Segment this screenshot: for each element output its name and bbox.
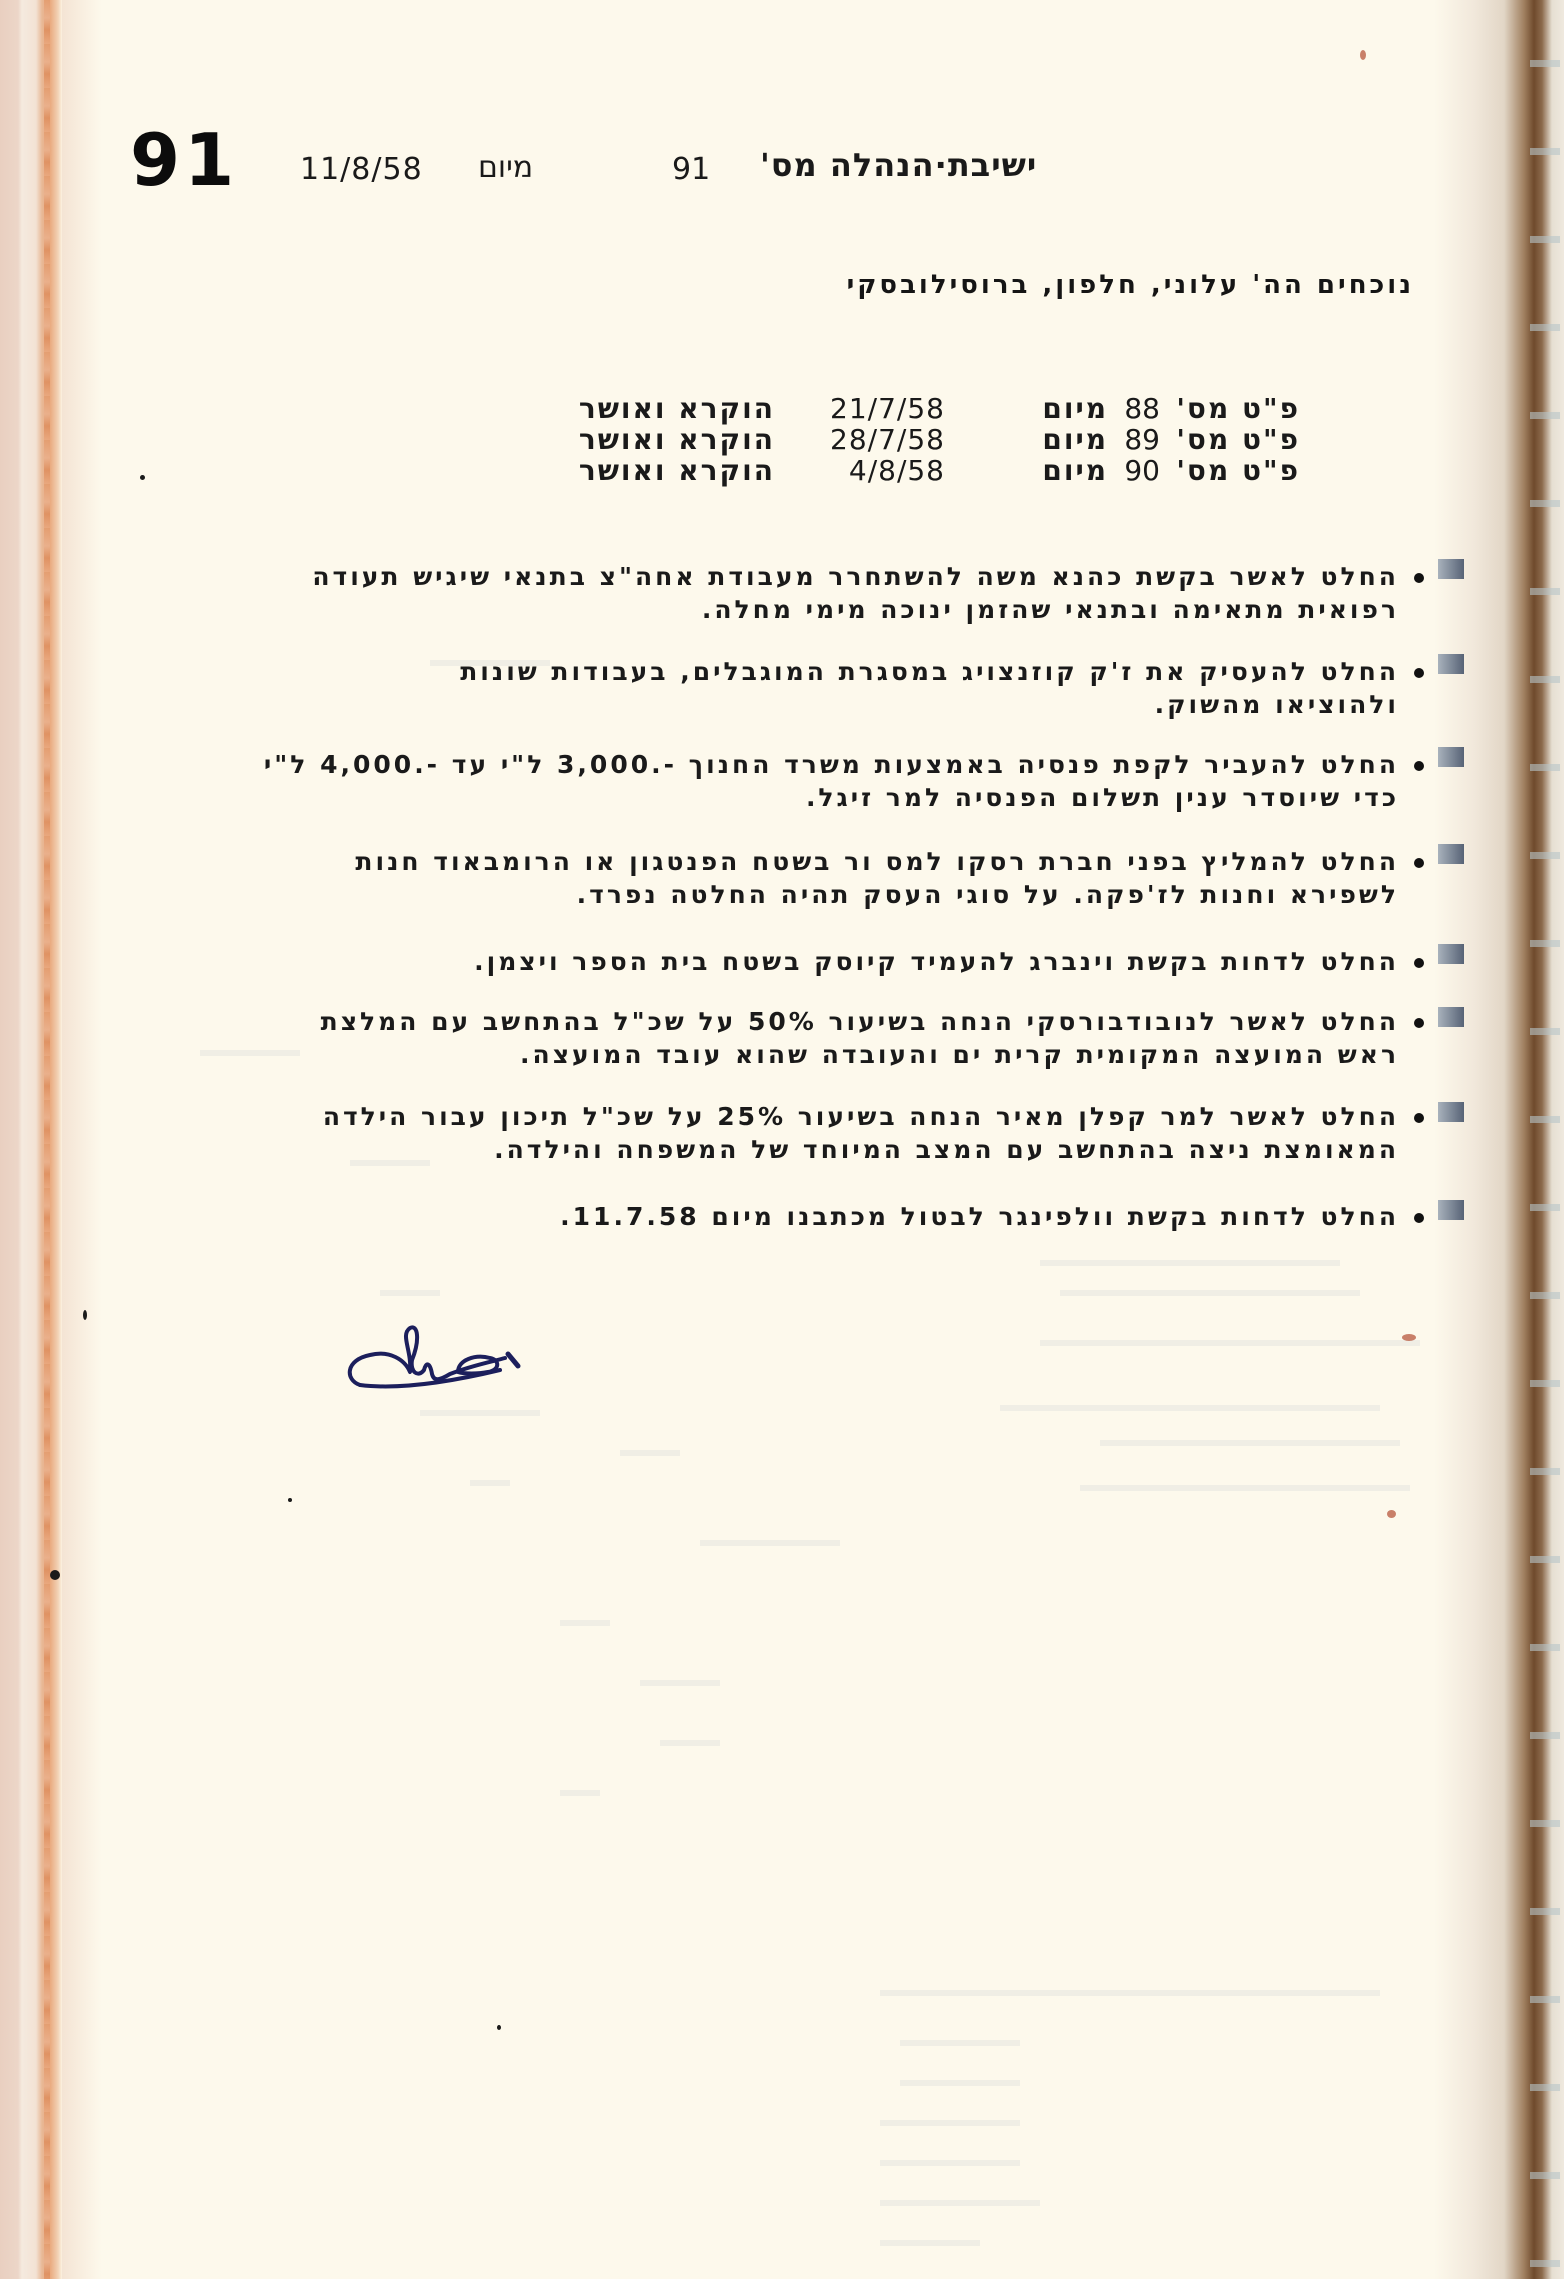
facing-page-text	[1530, 1292, 1560, 1299]
paper-stain	[1387, 1510, 1396, 1518]
bullet-icon	[1414, 573, 1424, 583]
bullet-icon	[1414, 1213, 1424, 1223]
margin-mark	[1438, 1102, 1464, 1122]
decision-text-line: החלט להעביר לקפת פנסיה באמצעות משרד החנו…	[264, 748, 1399, 781]
facing-page-text	[1530, 764, 1560, 771]
minutes-from-label: מיום	[1042, 392, 1108, 425]
show-through-line	[900, 2080, 1020, 2086]
decision-item: החלט להעביר לקפת פנסיה באמצעות משרד החנו…	[264, 748, 1399, 814]
bullet-icon	[1414, 958, 1424, 968]
decision-text-line: המאומצת ניצה בהתחשב עם המצב המיוחד של המ…	[323, 1133, 1399, 1166]
decision-text-line: החלט לאשר למר קפלן מאיר הנחה בשיעור 25% …	[323, 1100, 1399, 1133]
decision-item: החלט לדחות בקשת וולפינגר לבטול מכתבנו מי…	[560, 1200, 1399, 1233]
facing-page-text	[1530, 1380, 1560, 1387]
meeting-from-label: מיום	[478, 150, 533, 185]
margin-mark	[1438, 559, 1464, 579]
show-through-line	[1080, 1485, 1410, 1491]
show-through-line	[560, 1620, 610, 1626]
minutes-number: 90	[1124, 454, 1160, 487]
show-through-line	[1000, 1405, 1380, 1411]
minutes-date: 28/7/58	[830, 423, 945, 456]
facing-page-text	[1530, 60, 1560, 67]
minutes-number: 89	[1124, 423, 1160, 456]
show-through-line	[900, 2040, 1020, 2046]
margin-mark	[1438, 844, 1464, 864]
minutes-row: פ"ט מס' 90 מיום 4/8/58 הוקרא ואושר	[540, 454, 1300, 485]
minutes-status: הוקרא ואושר	[579, 454, 775, 487]
facing-page-text	[1530, 412, 1560, 419]
show-through-line	[470, 1480, 510, 1486]
minutes-row: פ"ט מס' 89 מיום 28/7/58 הוקרא ואושר	[540, 423, 1300, 454]
facing-page-text	[1530, 1556, 1560, 1563]
facing-page-text	[1530, 1468, 1560, 1475]
minutes-from-label: מיום	[1042, 454, 1108, 487]
show-through-line	[880, 2240, 980, 2246]
facing-page-text	[1530, 236, 1560, 243]
margin-mark	[1438, 654, 1464, 674]
decision-text-line: לשפירא וחנות לז'פקה. על סוגי העסק תהיה ה…	[355, 878, 1399, 911]
minutes-label: פ"ט מס'	[1176, 392, 1300, 425]
facing-page-text	[1530, 2260, 1560, 2267]
meeting-number: 91	[672, 152, 710, 187]
facing-page-text	[1530, 588, 1560, 595]
minutes-status: הוקרא ואושר	[579, 423, 775, 456]
decision-item: החלט לאשר למר קפלן מאיר הנחה בשיעור 25% …	[323, 1100, 1399, 1166]
facing-page-text	[1530, 1116, 1560, 1123]
ink-speck	[140, 475, 145, 480]
previous-minutes-list: פ"ט מס' 88 מיום 21/7/58 הוקרא ואושר פ"ט …	[540, 392, 1300, 485]
facing-page-text	[1530, 1028, 1560, 1035]
show-through-line	[200, 1050, 300, 1056]
facing-page-text	[1530, 1996, 1560, 2003]
decision-text-line: החלט לאשר לנובודבורסקי הנחה בשיעור 50% ע…	[321, 1005, 1399, 1038]
margin-mark	[1438, 747, 1464, 767]
decision-text-line: רפואית מתאימה ובתנאי שהזמן ינוכה מימי מח…	[312, 593, 1399, 626]
facing-page-text	[1530, 1732, 1560, 1739]
decision-item: החלט להמליץ בפני חברת רסקו למס ור בשטח ה…	[355, 845, 1399, 911]
facing-page-text	[1530, 148, 1560, 155]
show-through-line	[880, 2120, 1020, 2126]
bullet-icon	[1414, 1113, 1424, 1123]
facing-page-text	[1530, 324, 1560, 331]
minutes-status: הוקרא ואושר	[579, 392, 775, 425]
facing-page-text	[1530, 2084, 1560, 2091]
show-through-line	[560, 1790, 600, 1796]
margin-mark	[1438, 1200, 1464, 1220]
margin-mark	[1438, 1007, 1464, 1027]
minutes-label: פ"ט מס'	[1176, 454, 1300, 487]
bullet-icon	[1414, 668, 1424, 678]
decision-item: החלט לאשר לנובודבורסקי הנחה בשיעור 50% ע…	[321, 1005, 1399, 1071]
decision-item: החלט להעסיק את ז'ק קוזנצויג במסגרת המוגב…	[460, 655, 1399, 721]
decision-text-line: החלט להעסיק את ז'ק קוזנצויג במסגרת המוגב…	[460, 655, 1399, 688]
decision-item: החלט לדחות בקשת וינברג להעמיד קיוסק בשטח…	[474, 945, 1399, 978]
show-through-line	[1040, 1260, 1340, 1266]
attendees-line: נוכחים הה' עלוני, חלפון, ברוסילובסקי	[847, 270, 1414, 300]
show-through-line	[640, 1680, 720, 1686]
decision-text-line: החלט לדחות בקשת וולפינגר לבטול מכתבנו מי…	[560, 1200, 1399, 1233]
handwritten-page-number: 91	[130, 118, 238, 202]
minutes-from-label: מיום	[1042, 423, 1108, 456]
ink-speck	[288, 1498, 292, 1502]
facing-page-text	[1530, 676, 1560, 683]
meeting-title: ישיבת·הנהלה מס'	[760, 146, 1037, 184]
decision-item: החלט לאשר בקשת כהנא משה להשתחרר מעבודת א…	[312, 560, 1399, 626]
paper-stain	[1360, 50, 1366, 60]
facing-page-text	[1530, 1820, 1560, 1827]
show-through-line	[880, 2160, 1020, 2166]
minutes-date: 21/7/58	[830, 392, 945, 425]
decision-text-line: ראש המועצה המקומית קרית ים והעובדה שהוא …	[321, 1038, 1399, 1071]
signature	[340, 1290, 540, 1400]
show-through-line	[700, 1540, 840, 1546]
bullet-icon	[1414, 761, 1424, 771]
facing-page-text	[1530, 1908, 1560, 1915]
decision-text-line: החלט לאשר בקשת כהנא משה להשתחרר מעבודת א…	[312, 560, 1399, 593]
ink-speck	[83, 1310, 87, 1320]
facing-page-text	[1530, 500, 1560, 507]
bullet-icon	[1414, 858, 1424, 868]
show-through-line	[880, 1990, 1380, 1996]
bullet-icon	[1414, 1018, 1424, 1028]
show-through-line	[880, 2200, 1040, 2206]
decision-text-line: ולהוציאו מהשוק.	[460, 688, 1399, 721]
minutes-row: פ"ט מס' 88 מיום 21/7/58 הוקרא ואושר	[540, 392, 1300, 423]
meeting-date: 11/8/58	[300, 152, 423, 187]
show-through-line	[1060, 1290, 1360, 1296]
show-through-line	[620, 1450, 680, 1456]
minutes-label: פ"ט מס'	[1176, 423, 1300, 456]
decision-text-line: החלט לדחות בקשת וינברג להעמיד קיוסק בשטח…	[474, 945, 1399, 978]
show-through-line	[1040, 1340, 1420, 1346]
facing-page-text	[1530, 1644, 1560, 1651]
decision-text-line: כדי שיוסדר ענין תשלום הפנסיה למר זיגל.	[264, 781, 1399, 814]
facing-page-text	[1530, 2172, 1560, 2179]
show-through-line	[1100, 1440, 1400, 1446]
ink-speck	[497, 2025, 501, 2030]
show-through-line	[660, 1740, 720, 1746]
margin-mark	[1438, 944, 1464, 964]
binding-hole-mark	[50, 1570, 60, 1580]
show-through-line	[420, 1410, 540, 1416]
document-page: 91 11/8/58 מיום 91 ישיבת·הנהלה מס' נוכחי…	[0, 0, 1564, 2279]
facing-page-text	[1530, 1204, 1560, 1211]
facing-page-text	[1530, 940, 1560, 947]
paper-stain	[1402, 1334, 1416, 1341]
facing-page-text	[1530, 852, 1560, 859]
minutes-date: 4/8/58	[849, 454, 945, 487]
minutes-number: 88	[1124, 392, 1160, 425]
decision-text-line: החלט להמליץ בפני חברת רסקו למס ור בשטח ה…	[355, 845, 1399, 878]
